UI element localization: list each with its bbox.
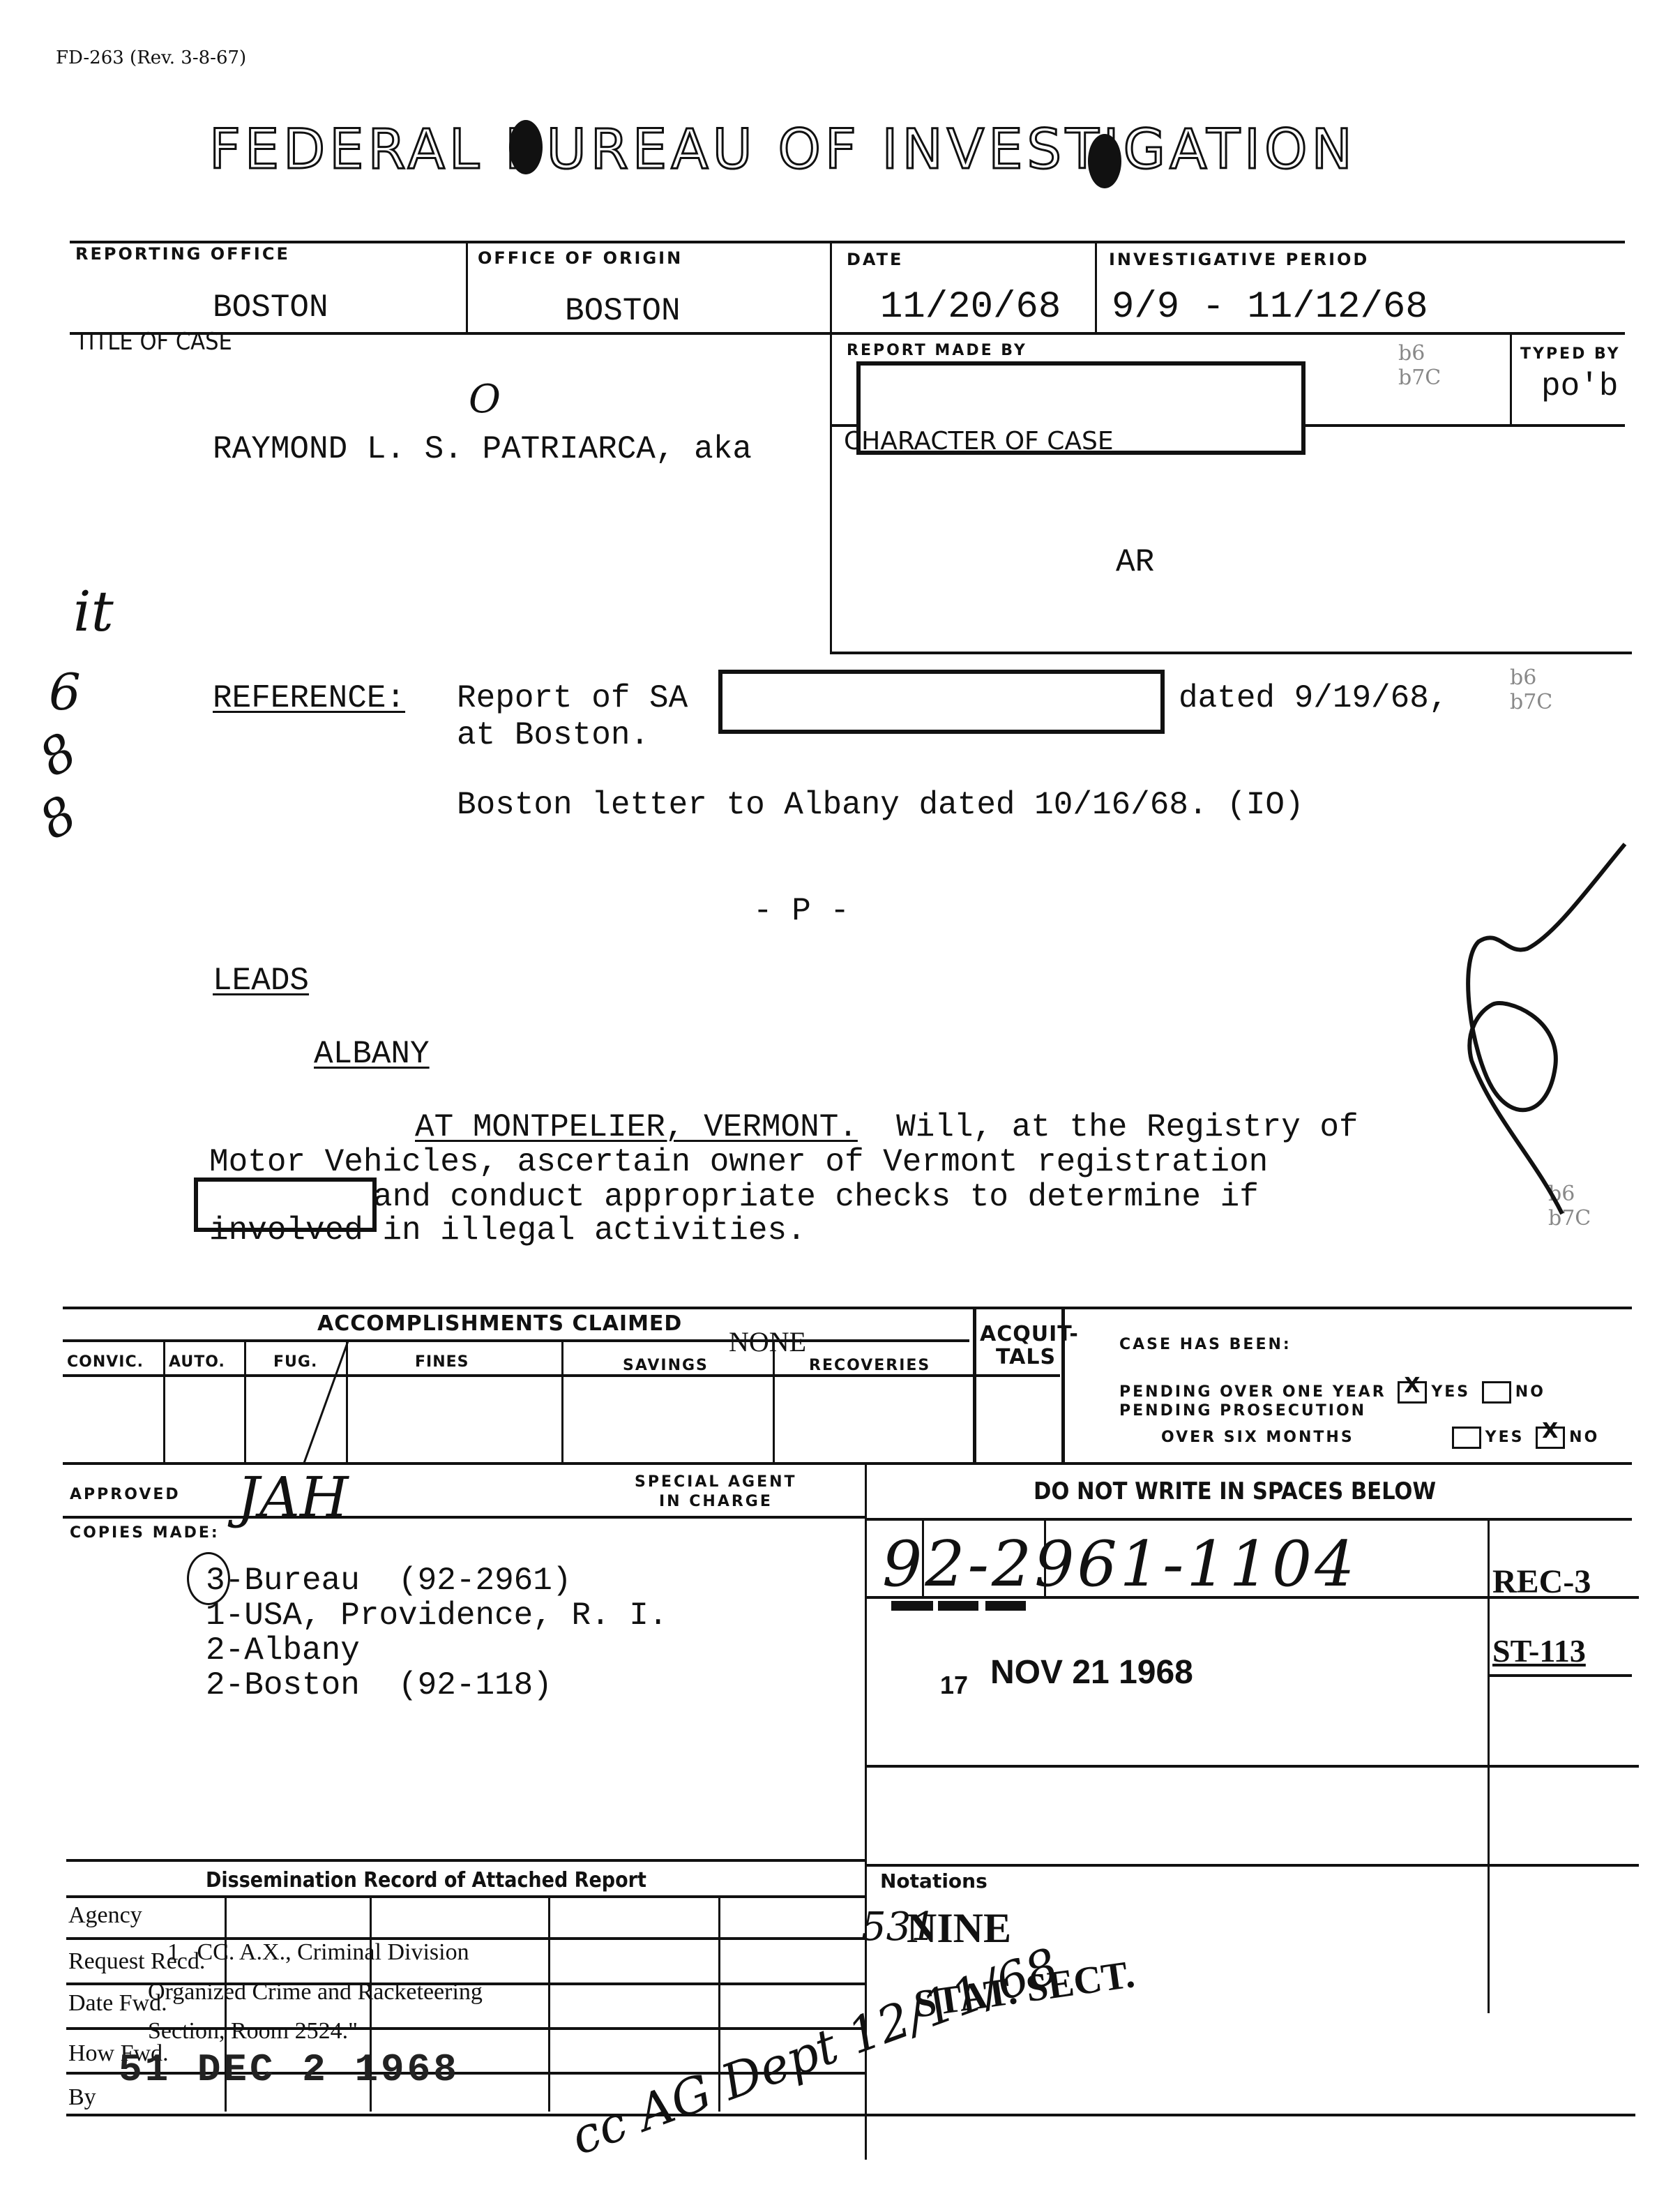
divider [1510, 333, 1512, 426]
divider [548, 1895, 550, 2112]
dissemination-typed-line: Organized Crime and Racketeering [148, 1979, 483, 2006]
accomplishments-title: ACCOMPLISHMENTS CLAIMED [317, 1311, 682, 1336]
divider [66, 1859, 865, 1862]
office-of-origin-label: OFFICE OF ORIGIN [478, 248, 683, 268]
q2-no-checkbox[interactable] [1536, 1427, 1565, 1449]
exemption-code: b6 [1398, 342, 1425, 366]
received-stamp-prefix: 17 [940, 1671, 968, 1700]
redaction-bar [938, 1601, 978, 1611]
redaction-bar [891, 1601, 933, 1611]
reference-label: REFERENCE: [213, 680, 405, 716]
margin-hand-mark: 6 [49, 663, 81, 721]
report-made-by-label: REPORT MADE BY [847, 342, 1027, 359]
sac-label-line2: IN CHARGE [659, 1493, 773, 1510]
divider [830, 652, 1632, 654]
handwritten-initials [1451, 823, 1646, 1242]
divider [66, 2114, 1635, 2116]
reference-letter: Boston letter to Albany dated 10/16/68. … [457, 787, 1304, 823]
divider [1488, 1674, 1632, 1677]
divider [63, 1374, 1060, 1377]
punch-hole [1088, 134, 1121, 188]
divider [561, 1339, 563, 1464]
divider [773, 1339, 775, 1464]
reference-line1-suffix: dated 9/19/68, [1179, 680, 1448, 716]
approval-signature: JAH [237, 1465, 349, 1530]
leads-heading-text: LEADS [213, 963, 309, 999]
acquittals-label-line1: ACQUIT- [980, 1322, 1079, 1346]
divider [865, 1765, 1639, 1768]
approved-label: APPROVED [70, 1486, 181, 1503]
dissemination-row-label: Agency [68, 1902, 142, 1929]
reporting-office-value: BOSTON [213, 289, 328, 326]
date-value: 11/20/68 [880, 286, 1061, 329]
punch-hole [509, 120, 543, 174]
investigative-period-value: 9/9 - 11/12/68 [1112, 286, 1428, 329]
copy-item: 1-USA, Providence, R. I. [206, 1597, 668, 1634]
reference-line1-prefix: Report of SA [457, 680, 688, 716]
dissemination-typed-line: Section, Room 2524." [148, 2018, 358, 2045]
divider [70, 332, 1625, 335]
exemption-code: b7C [1398, 366, 1441, 390]
leads-heading: LEADS [213, 963, 309, 999]
case-status-title: CASE HAS BEEN: [1119, 1336, 1292, 1353]
divider [63, 1516, 865, 1519]
exemption-code: b7C [1510, 691, 1552, 714]
column-header-auto: AUTO. [169, 1353, 225, 1371]
file-number: 92-2961-1104 [882, 1528, 1357, 1601]
notations-label: Notations [880, 1869, 987, 1893]
slash-mark [300, 1339, 356, 1465]
divider [466, 241, 468, 333]
office-heading: ALBANY [314, 1036, 430, 1072]
column-header-fines: FINES [415, 1353, 469, 1371]
agency-title: FEDERAL BUREAU OF INVESTIGATION [209, 119, 1356, 181]
title-of-case-value: RAYMOND L. S. PATRIARCA, aka [213, 431, 752, 467]
reporting-office-label: REPORTING OFFICE [75, 244, 290, 264]
divider [70, 241, 1625, 243]
case-status-q2-line1: PENDING PROSECUTION [1119, 1402, 1366, 1420]
dissemination-title: Dissemination Record of Attached Report [206, 1868, 646, 1893]
q1-no-label: NO [1515, 1383, 1545, 1401]
divider [63, 1339, 969, 1342]
rec-stamp: REC-3 [1492, 1563, 1591, 1601]
lead-line3: and conduct appropriate checks to determ… [373, 1179, 1259, 1215]
title-hand-mark: O [469, 377, 501, 422]
notations-stamp-nine: NINE [907, 1904, 1011, 1953]
copies-made-label: COPIES MADE: [70, 1524, 220, 1542]
title-of-case-label: TITLE OF CASE [75, 328, 232, 356]
sac-label-line1: SPECIAL AGENT [635, 1473, 797, 1491]
redaction-sa-name [718, 670, 1165, 734]
dissemination-row-label: By [68, 2084, 96, 2111]
redaction-bar [985, 1601, 1026, 1611]
margin-hand-mark: 8 [29, 784, 86, 851]
q2-no-label: NO [1569, 1429, 1599, 1446]
copy-item: 2-Boston (92-118) [206, 1667, 552, 1703]
q2-label: OVER SIX MONTHS [1161, 1429, 1440, 1446]
divider [865, 1518, 1632, 1521]
lead-line1-rest: Will, at the Registry of [858, 1109, 1359, 1145]
divider [973, 1307, 976, 1464]
classification-marking: - P - [753, 893, 849, 929]
column-header-recoveries: RECOVERIES [809, 1357, 930, 1374]
case-status-q1: PENDING OVER ONE YEAR YES NO [1119, 1381, 1545, 1404]
typed-by-value: po'b [1541, 368, 1618, 405]
q1-yes-checkbox[interactable] [1398, 1381, 1427, 1404]
q1-label: PENDING OVER ONE YEAR [1119, 1383, 1386, 1401]
column-header-savings: SAVINGS [623, 1357, 709, 1374]
character-of-case-label: CHARACTER OF CASE [844, 427, 1114, 456]
margin-hand-mark: it [73, 579, 114, 644]
lead-line1: AT MONTPELIER, VERMONT. Will, at the Reg… [415, 1109, 1359, 1145]
q1-yes-label: YES [1431, 1383, 1470, 1401]
divider [244, 1339, 246, 1464]
dissemination-typed-line: 1 CC. A.X., Criminal Division [167, 1939, 469, 1966]
case-status-q2: OVER SIX MONTHS YES NO [1161, 1427, 1599, 1449]
lead-line2: Motor Vehicles, ascertain owner of Vermo… [209, 1144, 1268, 1180]
q2-yes-checkbox[interactable] [1452, 1427, 1481, 1449]
st-stamp: ST-113 [1492, 1632, 1586, 1669]
character-of-case-value: AR [1116, 544, 1154, 580]
divider [66, 1895, 865, 1898]
column-header-convic: CONVIC. [67, 1353, 144, 1371]
office-of-origin-value: BOSTON [565, 293, 681, 329]
copy-item: 3-Bureau (92-2961) [206, 1563, 572, 1599]
exemption-code: b6 [1510, 666, 1536, 690]
do-not-write-label: DO NOT WRITE IN SPACES BELOW [1034, 1477, 1436, 1505]
office-heading-text: ALBANY [314, 1036, 430, 1072]
typed-by-label: TYPED BY [1520, 345, 1621, 363]
divider [63, 1307, 1632, 1309]
acquittals-label-line2: TALS [996, 1345, 1056, 1369]
divider [163, 1339, 165, 1464]
divider [865, 1864, 1639, 1867]
copy-item: 2-Albany [206, 1632, 360, 1669]
divider [1095, 241, 1097, 335]
lead-line4: involved in illegal activities. [209, 1212, 806, 1249]
lead-location: AT MONTPELIER, VERMONT. [415, 1109, 858, 1145]
q2-yes-label: YES [1485, 1429, 1524, 1446]
received-stamp: NOV 21 1968 [990, 1653, 1193, 1692]
reference-line2: at Boston. [457, 717, 649, 753]
dissemination-date-stamp: 51 DEC 2 1968 [119, 2047, 460, 2092]
reference-label-text: REFERENCE: [213, 680, 405, 716]
margin-hand-mark: 8 [29, 721, 86, 788]
q1-no-checkbox[interactable] [1482, 1381, 1511, 1404]
divider [830, 241, 832, 652]
investigative-period-label: INVESTIGATIVE PERIOD [1109, 250, 1369, 269]
form-number: FD-263 (Rev. 3-8-67) [56, 47, 246, 68]
date-label: DATE [847, 250, 903, 269]
